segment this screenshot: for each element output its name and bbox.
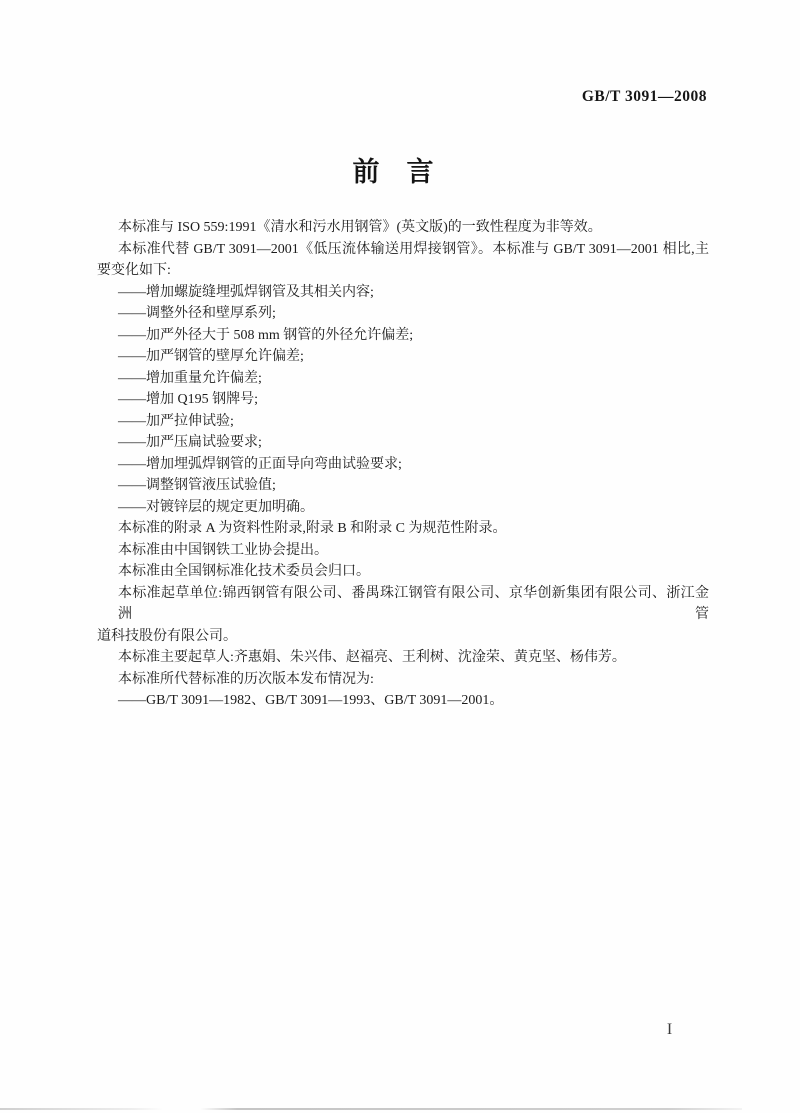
scan-edge-shadow xyxy=(0,1108,742,1110)
text-line: 本标准主要起草人:齐惠娟、朱兴伟、赵福亮、王利树、沈淦荣、黄克坚、杨伟芳。 xyxy=(97,647,709,669)
text-line: 本标准所代替标准的历次版本发布情况为: xyxy=(97,669,709,691)
text-line: ——加严外径大于 508 mm 钢管的外径允许偏差; xyxy=(97,325,709,347)
text-line: 本标准由中国钢铁工业协会提出。 xyxy=(97,540,709,562)
text-line: 本标准起草单位:锦西钢管有限公司、番禺珠江钢管有限公司、京华创新集团有限公司、浙… xyxy=(97,583,709,626)
text-line: 本标准代替 GB/T 3091—2001《低压流体输送用焊接钢管》。本标准与 G… xyxy=(97,239,709,261)
standard-code-header: GB/T 3091—2008 xyxy=(0,88,707,106)
text-line: ——加严压扁试验要求; xyxy=(97,432,709,454)
text-line: ——加严拉伸试验; xyxy=(97,411,709,433)
text-line: 道科技股份有限公司。 xyxy=(97,626,709,648)
text-line: 本标准的附录 A 为资料性附录,附录 B 和附录 C 为规范性附录。 xyxy=(97,518,709,540)
text-line: 本标准由全国钢标准化技术委员会归口。 xyxy=(97,561,709,583)
text-line: 要变化如下: xyxy=(97,260,709,282)
text-line: ——增加埋弧焊钢管的正面导向弯曲试验要求; xyxy=(97,454,709,476)
text-line: ——对镀锌层的规定更加明确。 xyxy=(97,497,709,519)
foreword-body-text: 本标准与 ISO 559:1991《清水和污水用钢管》(英文版)的一致性程度为非… xyxy=(97,217,709,712)
page-number: I xyxy=(640,1021,700,1039)
text-line: ——GB/T 3091—1982、GB/T 3091—1993、GB/T 309… xyxy=(97,690,709,712)
page-title: 前 言 xyxy=(0,150,786,189)
document-page: GB/T 3091—2008 前 言 本标准与 ISO 559:1991《清水和… xyxy=(0,0,800,1113)
text-line: ——调整外径和壁厚系列; xyxy=(97,303,709,325)
text-line: 本标准与 ISO 559:1991《清水和污水用钢管》(英文版)的一致性程度为非… xyxy=(97,217,709,239)
text-line: ——增加螺旋缝埋弧焊钢管及其相关内容; xyxy=(97,282,709,304)
text-line: ——增加 Q195 钢牌号; xyxy=(97,389,709,411)
text-line: ——调整钢管液压试验值; xyxy=(97,475,709,497)
text-line: ——加严钢管的壁厚允许偏差; xyxy=(97,346,709,368)
text-line: ——增加重量允许偏差; xyxy=(97,368,709,390)
